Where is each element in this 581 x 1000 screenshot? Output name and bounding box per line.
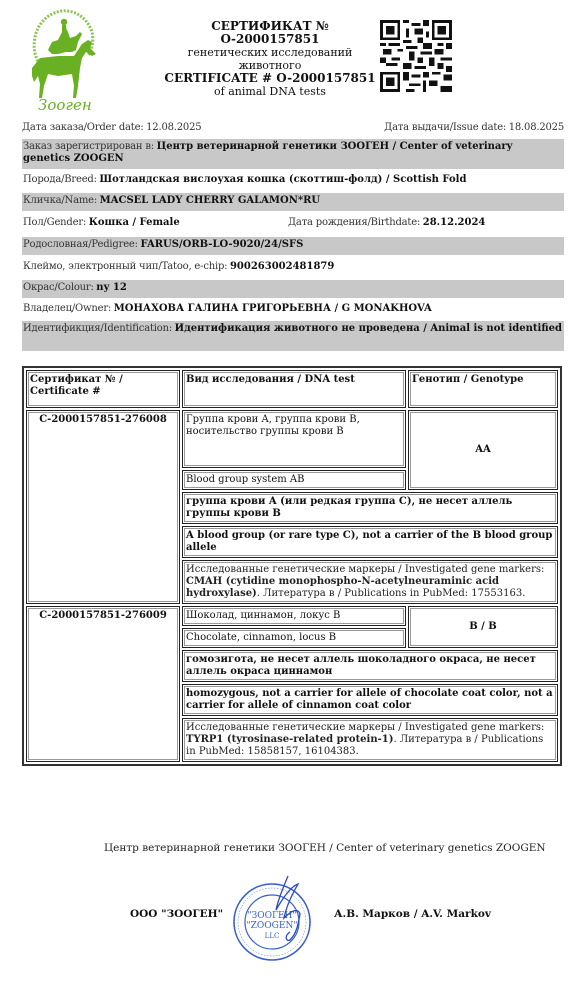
- birthdate-label: Дата рождения/Birthdate:: [288, 217, 420, 228]
- test-name-ru: Шоколад, циннамон, локус B: [182, 606, 406, 626]
- markers-suffix: . Литература в / Publications in PubMed:…: [257, 588, 526, 599]
- markers-gene: TYRP1 (tyrosinase-related protein-1): [186, 734, 393, 745]
- header-dna-test: Вид исследования / DNA test: [182, 370, 406, 408]
- zoogen-logo: Зooген: [18, 2, 100, 114]
- chip-row: Клеймо, электронный чип/Tatoo, e-chip: 9…: [22, 259, 564, 277]
- result-en: A blood group (or rare type C), not a ca…: [182, 526, 558, 558]
- test-name-ru: Группа крови A, группа крови B, носитель…: [182, 410, 406, 468]
- pedigree-row: Родословная/Pedigree: FARUS/ORB-LO-9020/…: [22, 237, 564, 255]
- company-stamp-icon: "ЗООГЕН" "ZOOGEN" LLC: [228, 870, 324, 966]
- result-en: homozygous, not a carrier for allele of …: [182, 684, 558, 716]
- genotype-value: AA: [408, 410, 558, 490]
- issue-date-label: Дата выдачи/Issue date:: [384, 122, 506, 133]
- signer-name: А.В. Марков / A.V. Markov: [334, 908, 491, 920]
- svg-text:"ЗООГЕН": "ЗООГЕН": [247, 911, 296, 921]
- test-name-en: Chocolate, cinnamon, locus B: [182, 628, 406, 648]
- markers-prefix: Исследованные генетические маркеры / Inv…: [186, 722, 544, 733]
- pedigree-label: Родословная/Pedigree:: [23, 239, 138, 250]
- organization-name: ООО "ЗООГЕН": [130, 908, 223, 920]
- owner-value: МОНАХОВА ГАЛИНА ГРИГОРЬЕВНА / G MONAKHOV…: [114, 303, 432, 314]
- colour-label: Окрас/Colour:: [23, 282, 94, 293]
- gender-label: Пол/Gender:: [23, 217, 86, 228]
- gender-value: Кошка / Female: [89, 217, 180, 228]
- chip-label: Клеймо, электронный чип/Tatoo, e-chip:: [23, 261, 227, 272]
- birthdate-value: 28.12.2024: [423, 217, 486, 228]
- certificate-subtitle-ru-1: генетических исследований: [160, 46, 380, 59]
- issue-date-value: 18.08.2025: [509, 122, 564, 133]
- dates-row: Дата заказа/Order date: 12.08.2025 Дата …: [22, 122, 564, 134]
- table-row: C-2000157851-276008 Группа крови A, груп…: [26, 410, 558, 468]
- result-ru: гомозигота, не несет аллель шоколадного …: [182, 650, 558, 682]
- horse-rider-logo-icon: Зooген: [18, 2, 100, 114]
- markers-info: Исследованные генетические маркеры / Inv…: [182, 560, 558, 604]
- chip-value: 900263002481879: [230, 261, 334, 272]
- markers-prefix: Исследованные генетические маркеры / Inv…: [186, 564, 544, 575]
- certificate-title-block: СЕРТИФИКАТ № О-2000157851 генетических и…: [160, 20, 380, 98]
- certificate-title-ru: СЕРТИФИКАТ № О-2000157851: [160, 20, 380, 46]
- owner-label: Владелец/Owner:: [23, 303, 111, 314]
- test-name-en: Blood group system AB: [182, 470, 406, 490]
- result-ru: группа крови A (или редкая группа C), не…: [182, 492, 558, 524]
- qr-code-icon[interactable]: [380, 20, 452, 92]
- gender-row: Пол/Gender: Кошка / Female Дата рождения…: [22, 215, 564, 233]
- identification-value: Идентификация животного не проведена / A…: [175, 323, 562, 334]
- table-row: C-2000157851-276009 Шоколад, циннамон, л…: [26, 606, 558, 626]
- pedigree-value: FARUS/ORB-LO-9020/24/SFS: [140, 239, 303, 250]
- registered-label: Заказ зарегистрирован в:: [23, 141, 154, 152]
- breed-row: Порода/Breed: Шотландская вислоухая кошк…: [22, 172, 564, 190]
- certificate-number: C-2000157851-276008: [26, 410, 180, 604]
- name-row: Кличка/Name: MACSEL LADY CHERRY GALAMON*…: [22, 193, 564, 211]
- order-date-label: Дата заказа/Order date:: [22, 122, 144, 133]
- breed-value: Шотландская вислоухая кошка (скоттиш-фол…: [99, 174, 466, 185]
- svg-text:LLC: LLC: [265, 932, 280, 940]
- name-value: MACSEL LADY CHERRY GALAMON*RU: [100, 195, 320, 206]
- registered-row: Заказ зарегистрирован в: Центр ветеринар…: [22, 139, 564, 169]
- identification-label: Идентификция/Identification:: [23, 323, 172, 334]
- colour-value: ny 12: [96, 282, 126, 293]
- order-date-value: 12.08.2025: [146, 122, 201, 133]
- certificate-number: C-2000157851-276009: [26, 606, 180, 762]
- identification-row: Идентификция/Identification: Идентификац…: [22, 321, 564, 351]
- header-certificate: Сертификат № / Certificate #: [26, 370, 180, 408]
- svg-text:Зooген: Зooген: [38, 96, 92, 114]
- dna-test-results-table: Сертификат № / Certificate # Вид исследо…: [22, 366, 562, 766]
- header-genotype: Генотип / Genotype: [408, 370, 558, 408]
- breed-label: Порода/Breed:: [23, 174, 97, 185]
- genotype-value: B / B: [408, 606, 558, 648]
- certificate-title-en: CERTIFICATE # O-2000157851: [160, 72, 380, 85]
- svg-text:"ZOOGEN": "ZOOGEN": [247, 921, 298, 931]
- markers-info: Исследованные генетические маркеры / Inv…: [182, 718, 558, 762]
- owner-row: Владелец/Owner: МОНАХОВА ГАЛИНА ГРИГОРЬЕ…: [22, 301, 564, 319]
- issuing-center-name: Центр ветеринарной генетики ЗООГЕН / Cen…: [104, 842, 546, 854]
- table-header-row: Сертификат № / Certificate # Вид исследо…: [26, 370, 558, 408]
- name-label: Кличка/Name:: [23, 195, 97, 206]
- colour-row: Окрас/Colour: ny 12: [22, 280, 564, 298]
- certificate-subtitle-en: of animal DNA tests: [160, 85, 380, 98]
